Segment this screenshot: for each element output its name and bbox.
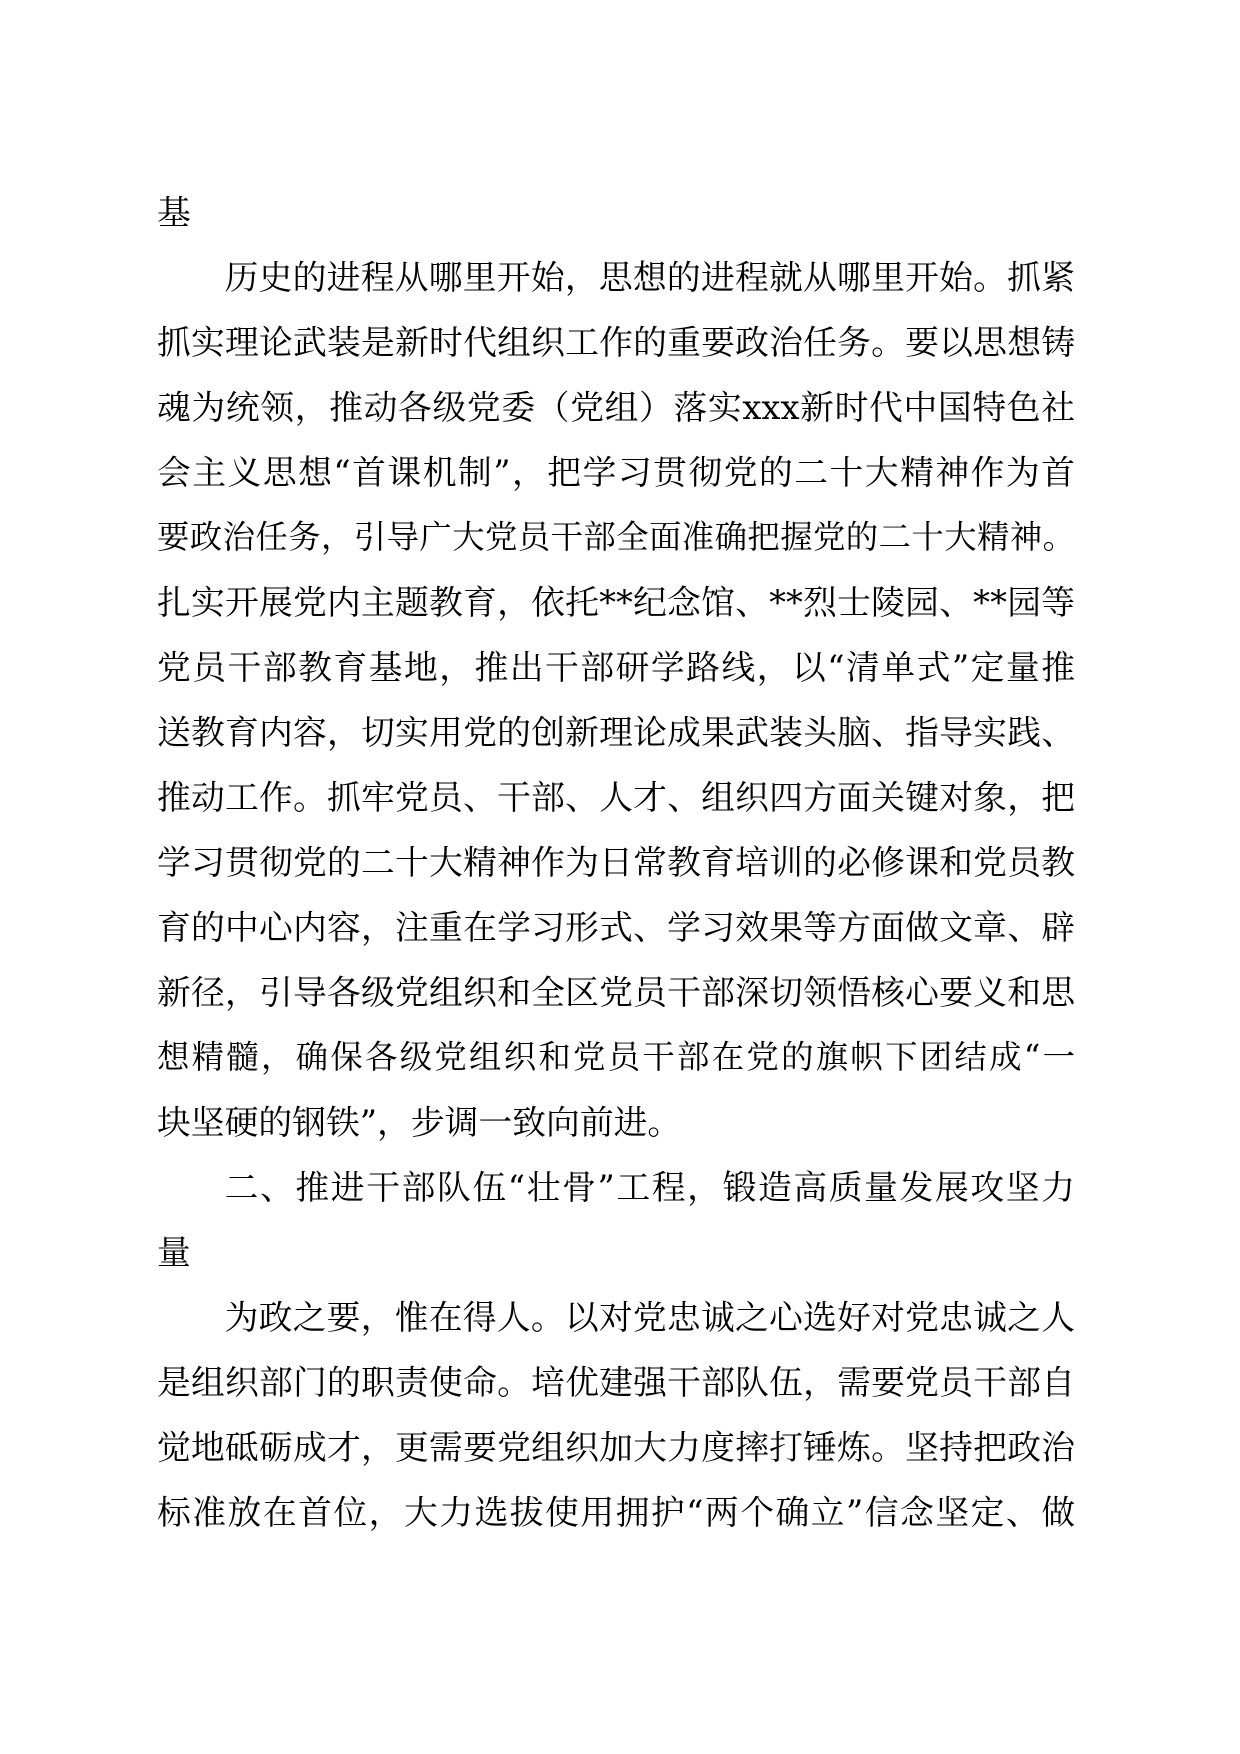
text-line: 标准放在首位，大力选拔使用拥护“两个确立”信念坚定、做: [157, 1480, 1075, 1545]
document-page: 基历史的进程从哪里开始，思想的进程就从哪里开始。抓紧抓实理论武装是新时代组织工作…: [0, 0, 1240, 1754]
paragraph: 历史的进程从哪里开始，思想的进程就从哪里开始。抓紧抓实理论武装是新时代组织工作的…: [157, 245, 1075, 1155]
text-line: 送教育内容，切实用党的创新理论成果武装头脑、指导实践、: [157, 700, 1075, 765]
text-line: 是组织部门的职责使命。培优建强干部队伍，需要党员干部自: [157, 1350, 1075, 1415]
text-line: 量: [157, 1220, 1075, 1285]
text-line: 块坚硬的钢铁”，步调一致向前进。: [157, 1090, 1075, 1155]
text-line: 党员干部教育基地，推出干部研学路线，以“清单式”定量推: [157, 635, 1075, 700]
text-line: 觉地砥砺成才，更需要党组织加大力度摔打锤炼。坚持把政治: [157, 1415, 1075, 1480]
text-line: 推动工作。抓牢党员、干部、人才、组织四方面关键对象，把: [157, 765, 1075, 830]
text-line: 育的中心内容，注重在学习形式、学习效果等方面做文章、辟: [157, 895, 1075, 960]
text-line: 基: [157, 180, 1075, 245]
text-line: 扎实开展党内主题教育，依托**纪念馆、**烈士陵园、**园等: [157, 570, 1075, 635]
text-line: 学习贯彻党的二十大精神作为日常教育培训的必修课和党员教: [157, 830, 1075, 895]
text-line: 新径，引导各级党组织和全区党员干部深切领悟核心要义和思: [157, 960, 1075, 1025]
text-block: 基历史的进程从哪里开始，思想的进程就从哪里开始。抓紧抓实理论武装是新时代组织工作…: [157, 180, 1075, 1545]
text-line: 魂为统领，推动各级党委（党组）落实xxx新时代中国特色社: [157, 375, 1075, 440]
text-line: 历史的进程从哪里开始，思想的进程就从哪里开始。抓紧: [157, 245, 1075, 310]
text-line: 抓实理论武装是新时代组织工作的重要政治任务。要以思想铸: [157, 310, 1075, 375]
text-line: 想精髓，确保各级党组织和党员干部在党的旗帜下团结成“一: [157, 1025, 1075, 1090]
text-line: 为政之要，惟在得人。以对党忠诚之心选好对党忠诚之人: [157, 1285, 1075, 1350]
text-line: 二、推进干部队伍“壮骨”工程，锻造高质量发展攻坚力: [157, 1155, 1075, 1220]
text-line: 要政治任务，引导广大党员干部全面准确把握党的二十大精神。: [157, 505, 1075, 570]
section-heading: 二、推进干部队伍“壮骨”工程，锻造高质量发展攻坚力量: [157, 1155, 1075, 1285]
paragraph: 为政之要，惟在得人。以对党忠诚之心选好对党忠诚之人是组织部门的职责使命。培优建强…: [157, 1285, 1075, 1545]
paragraph: 基: [157, 180, 1075, 245]
text-line: 会主义思想“首课机制”，把学习贯彻党的二十大精神作为首: [157, 440, 1075, 505]
